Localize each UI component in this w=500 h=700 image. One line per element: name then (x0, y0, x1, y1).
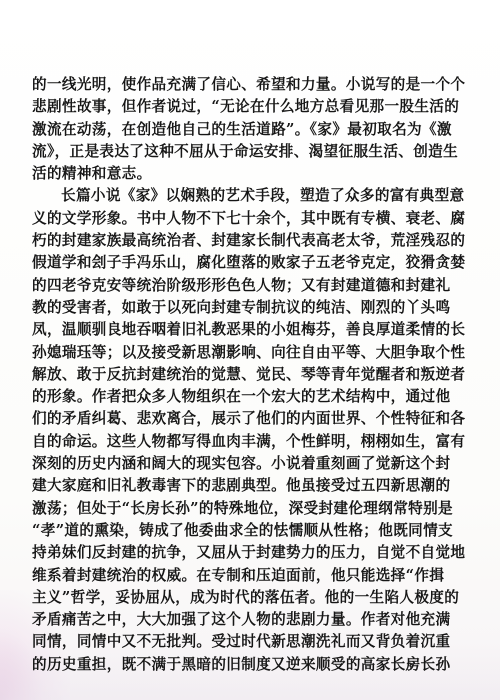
paragraph-2: 长篇小说《家》以娴熟的艺术手段，塑造了众多的富有典型意 义的文学形象。书中人物不… (32, 185, 424, 676)
text-line: “孝”道的熏染，铸成了他委曲求全的怯懦顺从性格；他既同情支 (32, 520, 424, 542)
text-line: 的历史重担，既不满于黑暗的旧制度又逆来顺受的高家长房长孙 (32, 654, 424, 676)
text-line: 悲剧性故事，但作者说过，“无论在什么地方总看见那一股生活的 (32, 96, 424, 118)
text-line: 解放、敢于反抗封建统治的觉慧、觉民、琴等青年觉醒者和叛逆者 (32, 364, 424, 386)
text-line: 凤，温顺驯良地吞咽着旧礼教恶果的小姐梅芬，善良厚道柔情的长 (32, 319, 424, 341)
book-page: 的一线光明，使作品充满了信心、希望和力量。小说写的是一个个 悲剧性故事，但作者说… (0, 0, 500, 700)
text-line: 自的命运。这些人物都写得血肉丰满，个性鲜明，栩栩如生，富有 (32, 431, 424, 453)
text-line: 矛盾痛苦之中，大大加强了这个人物的悲剧力量。作者对他充满 (32, 609, 424, 631)
text-line: 激荡；但处于“长房长孙”的特殊地位，深受封建伦理纲常特别是 (32, 498, 424, 520)
text-line: 假道学和刽子手冯乐山，腐化堕落的败家子五老爷克定，狡猾贪婪 (32, 252, 424, 274)
text-line: 主义”哲学，妥协屈从，成为时代的落伍者。他的一生陷人极度的 (32, 587, 424, 609)
text-line: 活的精神和意志。 (32, 163, 424, 185)
text-line: 同情，同情中又不无批判。受过时代新思潮洗礼而又背负着沉重 (32, 631, 424, 653)
text-line: 朽的封建家族最高统治者、封建家长制代表高老太爷，荒淫残忍的 (32, 230, 424, 252)
paragraph-1: 的一线光明，使作品充满了信心、希望和力量。小说写的是一个个 悲剧性故事，但作者说… (32, 74, 424, 185)
text-line: 持弟妹们反封建的抗争，又屈从于封建势力的压力，自觉不自觉地 (32, 542, 424, 564)
text-line: 长篇小说《家》以娴熟的艺术手段，塑造了众多的富有典型意 (32, 185, 424, 207)
text-line: 们的矛盾纠葛、悲欢离合，展示了他们的内面世界、个性特征和各 (32, 408, 424, 430)
text-line: 建大家庭和旧礼教毒害下的悲剧典型。他虽接受过五四新思潮的 (32, 475, 424, 497)
text-line: 义的文学形象。书中人物不下七十余个，其中既有专横、衰老、腐 (32, 208, 424, 230)
body-text: 的一线光明，使作品充满了信心、希望和力量。小说写的是一个个 悲剧性故事，但作者说… (32, 74, 424, 676)
text-line: 激流在动荡，在创造他自己的生活道路”。《家》最初取名为《激 (32, 119, 424, 141)
page-number: 3 (406, 662, 413, 673)
text-line: 孙媳瑞珏等；以及接受新思潮影响、向往自由平等、大胆争取个性 (32, 342, 424, 364)
text-line: 的形象。作者把众多人物组织在一个宏大的艺术结构中，通过他 (32, 386, 424, 408)
text-line: 深刻的历史内涵和阔大的现实包容。小说着重刻画了觉新这个封 (32, 453, 424, 475)
text-line: 维系着封建统治的权威。在专制和压迫面前，他只能选择“作揖 (32, 565, 424, 587)
text-line: 流》，正是表达了这种不屈从于命运安排、渴望征服生活、创造生 (32, 141, 424, 163)
text-line: 的四老爷克安等统治阶级形形色色人物；又有封建道德和封建礼 (32, 275, 424, 297)
text-line: 的一线光明，使作品充满了信心、希望和力量。小说写的是一个个 (32, 74, 424, 96)
text-line: 教的受害者，如敢于以死向封建专制抗议的纯洁、刚烈的丫头鸣 (32, 297, 424, 319)
